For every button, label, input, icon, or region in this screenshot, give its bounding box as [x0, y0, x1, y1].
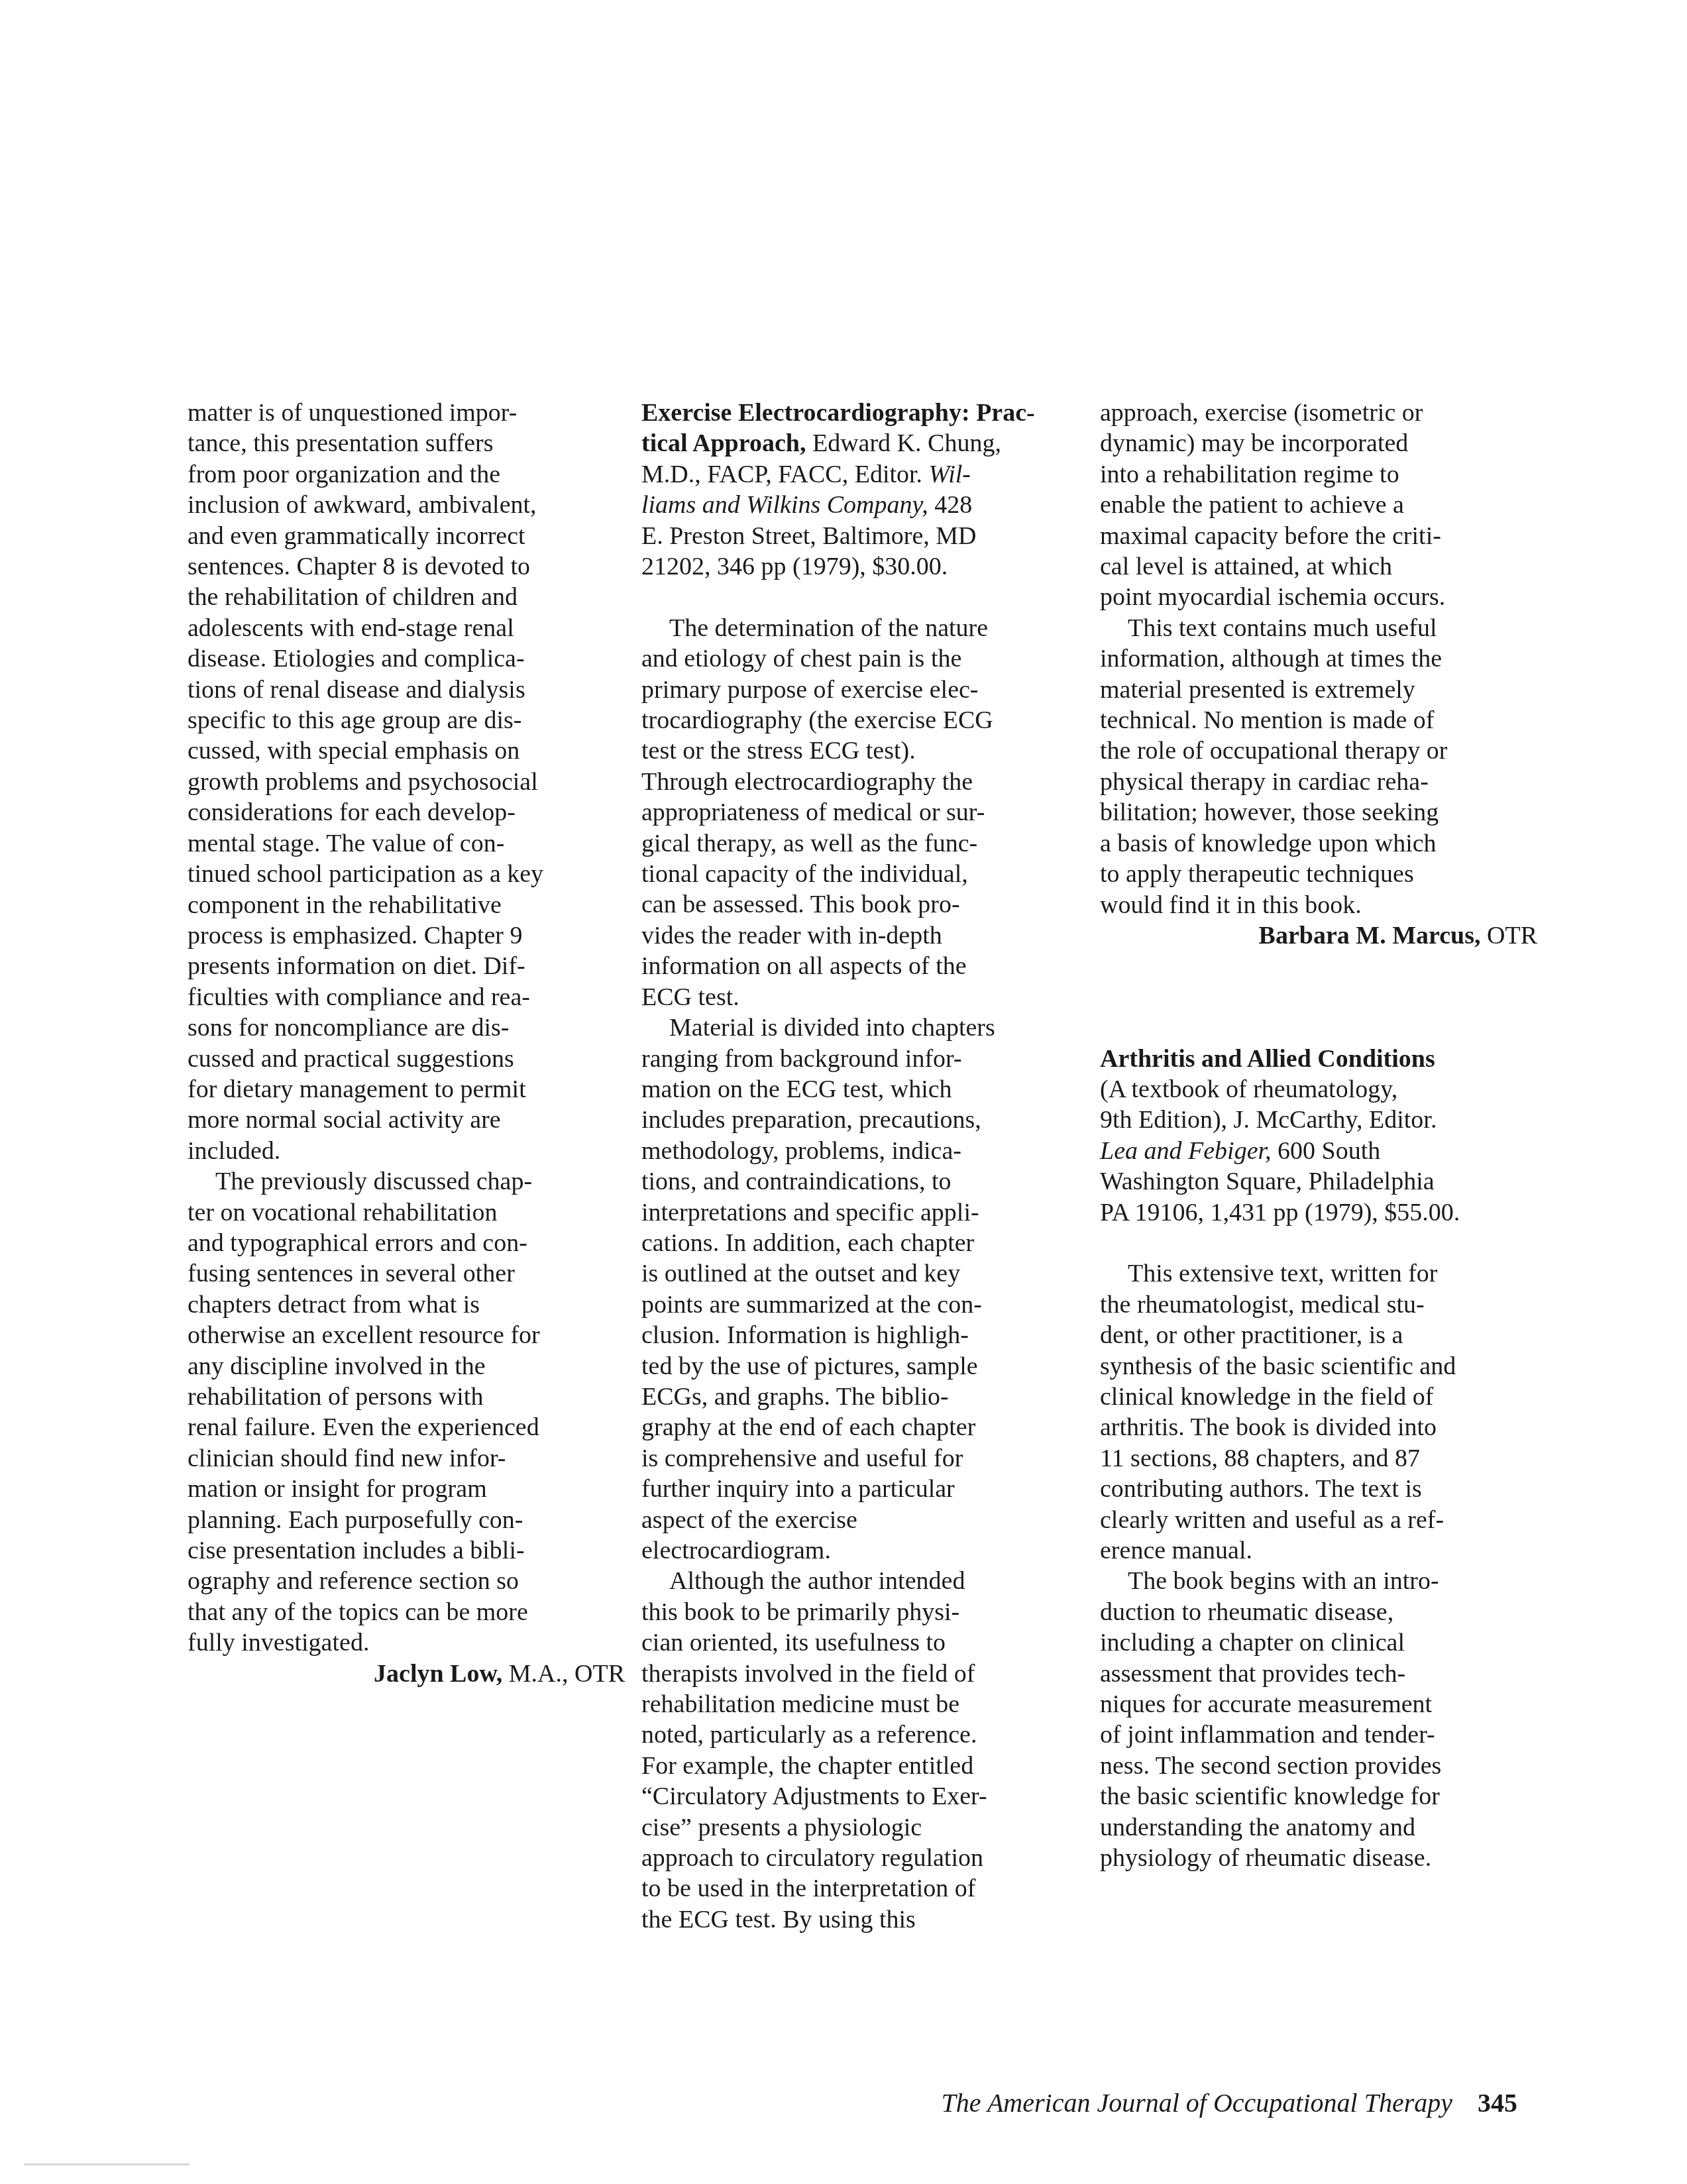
text-line: tions of renal disease and dialysis: [188, 675, 625, 705]
text-line: points are summarized at the con-: [641, 1289, 1079, 1320]
text-line: specific to this age group are dis-: [188, 705, 625, 736]
text-line: erence manual.: [1100, 1535, 1537, 1566]
text-line: arthritis. The book is divided into: [1100, 1412, 1537, 1443]
text-line: to be used in the interpretation of: [641, 1873, 1079, 1904]
text-line: for dietary management to permit: [188, 1074, 625, 1105]
text-line: The previously discussed chap-: [188, 1166, 625, 1197]
text-line: point myocardial ischemia occurs.: [1100, 582, 1537, 612]
journal-title: The American Journal of Occupational The…: [942, 2088, 1452, 2118]
text-line: rehabilitation medicine must be: [641, 1689, 1079, 1720]
text-line: enable the patient to achieve a: [1100, 490, 1537, 520]
text-line: tinued school participation as a key: [188, 859, 625, 889]
review-continuation-paragraph: approach, exercise (isometric or dynamic…: [1100, 398, 1537, 613]
text-line: further inquiry into a particular: [641, 1474, 1079, 1504]
text-line: disease. Etiologies and complica-: [188, 643, 625, 674]
text-line: is outlined at the outset and key: [641, 1258, 1079, 1289]
reviewer-signature: Barbara M. Marcus, OTR: [1100, 920, 1537, 951]
text-line: gical therapy, as well as the func-: [641, 828, 1079, 859]
text-line: of joint inflammation and tender-: [1100, 1720, 1537, 1750]
review-paragraph: This text contains much useful informati…: [1100, 613, 1537, 920]
text-line: The determination of the nature: [641, 613, 1079, 643]
text-line: interpretations and specific appli-: [641, 1197, 1079, 1228]
text-line: cise” presents a physiologic: [641, 1812, 1079, 1843]
text-line: to apply therapeutic techniques: [1100, 859, 1537, 889]
publisher-address: Washington Square, Philadelphia: [1100, 1166, 1537, 1197]
text-line: ranging from background infor-: [641, 1044, 1079, 1074]
reviewer-name: Jaclyn Low,: [374, 1660, 502, 1688]
right-column: approach, exercise (isometric or dynamic…: [1100, 398, 1537, 1873]
text-line: included.: [188, 1136, 625, 1166]
text-line: niques for accurate measurement: [1100, 1689, 1537, 1720]
text-line: more normal social activity are: [188, 1105, 625, 1135]
text-line: This text contains much useful: [1100, 613, 1537, 643]
text-line: ter on vocational rehabilitation: [188, 1197, 625, 1228]
text-line: the ECG test. By using this: [641, 1904, 1079, 1935]
publisher-address: 600 South: [1272, 1137, 1381, 1165]
review-paragraph: This extensive text, written for the rhe…: [1100, 1258, 1537, 1566]
text-line: For example, the chapter entitled: [641, 1751, 1079, 1781]
text-line: physical therapy in cardiac reha-: [1100, 767, 1537, 797]
text-line: “Circulatory Adjustments to Exer-: [641, 1781, 1079, 1812]
text-line: growth problems and psychosocial: [188, 767, 625, 797]
text-line: primary purpose of exercise elec-: [641, 675, 1079, 705]
text-line: cise presentation includes a bibli-: [188, 1535, 625, 1566]
review-continuation-paragraph: matter is of unquestioned impor- tance, …: [188, 398, 625, 1166]
text-line: considerations for each develop-: [188, 797, 625, 828]
text-line: tance, this presentation suffers: [188, 428, 625, 459]
book-title: Exercise Electrocardiography: Prac-: [641, 398, 1079, 428]
text-line: dynamic) may be incorporated: [1100, 428, 1537, 459]
book-citation: Arthritis and Allied Conditions (A textb…: [1100, 1044, 1537, 1228]
text-line: cussed, with special emphasis on: [188, 736, 625, 766]
text-line: graphy at the end of each chapter: [641, 1412, 1079, 1443]
text-line: chapters detract from what is: [188, 1289, 625, 1320]
text-line: cian oriented, its usefulness to: [641, 1627, 1079, 1658]
reviewer-credentials: M.A., OTR: [502, 1660, 625, 1688]
reviewer-name: Barbara M. Marcus,: [1259, 922, 1481, 950]
text-line: the role of occupational therapy or: [1100, 736, 1537, 766]
text-line: mental stage. The value of con-: [188, 828, 625, 859]
text-line: understanding the anatomy and: [1100, 1812, 1537, 1843]
text-line: from poor organization and the: [188, 459, 625, 490]
text-line: ficulties with compliance and rea-: [188, 982, 625, 1012]
book-title: Arthritis and Allied Conditions: [1100, 1044, 1537, 1074]
publisher-address: 428: [928, 491, 973, 519]
text-line: cations. In addition, each chapter: [641, 1228, 1079, 1258]
text-line: cal level is attained, at which: [1100, 551, 1537, 582]
publisher-name: Wil-: [929, 461, 971, 488]
middle-column: Exercise Electrocardiography: Prac- tica…: [641, 398, 1079, 1935]
text-line: is comprehensive and useful for: [641, 1443, 1079, 1474]
text-line: tions, and contraindications, to: [641, 1166, 1079, 1197]
text-line: and etiology of chest pain is the: [641, 643, 1079, 674]
text-line: the basic scientific knowledge for: [1100, 1781, 1537, 1812]
review-paragraph: The book begins with an intro- duction t…: [1100, 1566, 1537, 1873]
book-editor: M.D., FACP, FACC, Editor.: [641, 461, 929, 488]
text-line: and even grammatically incorrect: [188, 521, 625, 551]
text-line: includes preparation, precautions,: [641, 1105, 1079, 1135]
text-line: duction to rheumatic disease,: [1100, 1597, 1537, 1627]
book-citation: Exercise Electrocardiography: Prac- tica…: [641, 398, 1079, 582]
text-line: test or the stress ECG test).: [641, 736, 1079, 766]
text-line: and typographical errors and con-: [188, 1228, 625, 1258]
text-line: can be assessed. This book pro-: [641, 889, 1079, 920]
text-line: rehabilitation of persons with: [188, 1382, 625, 1412]
text-line: process is emphasized. Chapter 9: [188, 920, 625, 951]
text-line: aspect of the exercise: [641, 1505, 1079, 1535]
reviewer-signature: Jaclyn Low, M.A., OTR: [188, 1659, 625, 1689]
text-line: including a chapter on clinical: [1100, 1627, 1537, 1658]
page-number: 345: [1478, 2088, 1517, 2118]
text-line: ECG test.: [641, 982, 1079, 1012]
publisher-name: Lea and Febiger,: [1100, 1137, 1272, 1165]
text-line: ography and reference section so: [188, 1566, 625, 1596]
text-line: maximal capacity before the criti-: [1100, 521, 1537, 551]
text-line: Material is divided into chapters: [641, 1012, 1079, 1043]
review-paragraph: The determination of the nature and etio…: [641, 613, 1079, 1012]
text-line: renal failure. Even the experienced: [188, 1412, 625, 1443]
text-line: adolescents with end-stage renal: [188, 613, 625, 643]
book-subtitle: (A textbook of rheumatology,: [1100, 1074, 1537, 1105]
text-line: would find it in this book.: [1100, 890, 1537, 920]
text-line: component in the rehabilitative: [188, 890, 625, 920]
text-line: tional capacity of the individual,: [641, 859, 1079, 889]
book-title: tical Approach,: [641, 429, 806, 457]
publisher-name: liams and Wilkins Company,: [641, 491, 928, 519]
text-line: The book begins with an intro-: [1100, 1566, 1537, 1596]
text-line: into a rehabilitation regime to: [1100, 459, 1537, 490]
text-line: fully investigated.: [188, 1627, 625, 1658]
scan-artifact-line: [24, 2163, 190, 2165]
text-line: information, although at times the: [1100, 643, 1537, 674]
text-line: clinical knowledge in the field of: [1100, 1382, 1537, 1412]
text-line: cussed and practical suggestions: [188, 1044, 625, 1074]
text-line: technical. No mention is made of: [1100, 705, 1537, 736]
text-line: clearly written and useful as a ref-: [1100, 1505, 1537, 1535]
text-line: mation on the ECG test, which: [641, 1074, 1079, 1105]
text-line: ECGs, and graphs. The biblio-: [641, 1382, 1079, 1412]
text-line: Although the author intended: [641, 1566, 1079, 1596]
text-line: ted by the use of pictures, sample: [641, 1351, 1079, 1382]
publication-details: 21202, 346 pp (1979), $30.00.: [641, 551, 1079, 582]
publication-details: PA 19106, 1,431 pp (1979), $55.00.: [1100, 1197, 1537, 1228]
reviewer-credentials: OTR: [1481, 922, 1538, 950]
text-line: bilitation; however, those seeking: [1100, 797, 1537, 828]
text-line: material presented is extremely: [1100, 675, 1537, 705]
text-line: assessment that provides tech-: [1100, 1659, 1537, 1689]
text-line: 11 sections, 88 chapters, and 87: [1100, 1443, 1537, 1474]
text-line: sons for noncompliance are dis-: [188, 1012, 625, 1043]
text-line: trocardiography (the exercise ECG: [641, 705, 1079, 736]
text-line: mation or insight for program: [188, 1474, 625, 1504]
text-line: the rheumatologist, medical stu-: [1100, 1289, 1537, 1320]
text-line: dent, or other practitioner, is a: [1100, 1320, 1537, 1350]
page-footer: The American Journal of Occupational The…: [855, 2087, 1517, 2118]
text-line: that any of the topics can be more: [188, 1597, 625, 1627]
review-paragraph: The previously discussed chap- ter on vo…: [188, 1166, 625, 1659]
publisher-address: E. Preston Street, Baltimore, MD: [641, 521, 1079, 551]
text-line: vides the reader with in-depth: [641, 920, 1079, 951]
text-line: presents information on diet. Dif-: [188, 951, 625, 981]
text-line: ness. The second section provides: [1100, 1751, 1537, 1781]
text-line: information on all aspects of the: [641, 951, 1079, 981]
text-line: matter is of unquestioned impor-: [188, 398, 625, 428]
text-line: this book to be primarily physi-: [641, 1597, 1079, 1627]
text-line: clinician should find new infor-: [188, 1443, 625, 1474]
text-line: planning. Each purposefully con-: [188, 1505, 625, 1535]
text-line: otherwise an excellent resource for: [188, 1320, 625, 1350]
book-editor: Edward K. Chung,: [806, 429, 1001, 457]
text-line: therapists involved in the field of: [641, 1659, 1079, 1689]
review-paragraph: Although the author intended this book t…: [641, 1566, 1079, 1935]
text-line: synthesis of the basic scientific and: [1100, 1351, 1537, 1382]
text-line: Through electrocardiography the: [641, 767, 1079, 797]
text-line: methodology, problems, indica-: [641, 1136, 1079, 1166]
text-line: physiology of rheumatic disease.: [1100, 1843, 1537, 1873]
review-paragraph: Material is divided into chapters rangin…: [641, 1012, 1079, 1566]
text-line: a basis of knowledge upon which: [1100, 828, 1537, 859]
text-line: contributing authors. The text is: [1100, 1474, 1537, 1504]
book-editor: 9th Edition), J. McCarthy, Editor.: [1100, 1105, 1537, 1135]
text-line: approach, exercise (isometric or: [1100, 398, 1537, 428]
text-line: any discipline involved in the: [188, 1351, 625, 1382]
left-column: matter is of unquestioned impor- tance, …: [188, 398, 625, 1689]
text-line: fusing sentences in several other: [188, 1258, 625, 1289]
text-line: sentences. Chapter 8 is devoted to: [188, 551, 625, 582]
text-line: noted, particularly as a reference.: [641, 1720, 1079, 1750]
text-line: appropriateness of medical or sur-: [641, 797, 1079, 828]
text-line: clusion. Information is highligh-: [641, 1320, 1079, 1350]
text-line: the rehabilitation of children and: [188, 582, 625, 612]
text-line: approach to circulatory regulation: [641, 1843, 1079, 1873]
text-line: This extensive text, written for: [1100, 1258, 1537, 1289]
text-line: inclusion of awkward, ambivalent,: [188, 490, 625, 520]
text-line: electrocardiogram.: [641, 1535, 1079, 1566]
